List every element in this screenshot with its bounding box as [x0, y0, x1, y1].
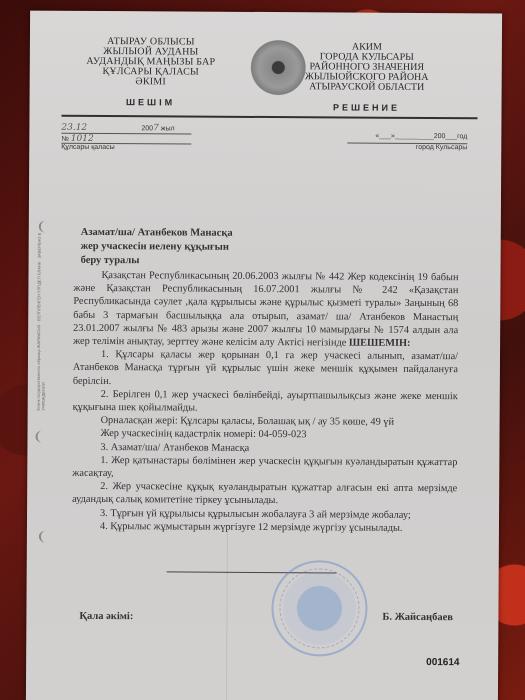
- year-prefix: 200: [141, 125, 153, 132]
- paper-crease: [226, 532, 228, 700]
- header-kazakh: АТЫРАУ ОБЛЫСЫ ЖЫЛЫОЙ АУДАНЫ АУДАНДЫҚ МАҢ…: [76, 37, 226, 108]
- number-label: №: [61, 136, 69, 143]
- subject-line: беру туралы: [81, 254, 281, 269]
- subject-line: жер учаскесін иелену құқығын: [81, 240, 281, 255]
- header-divider: [61, 115, 477, 120]
- clause-2: 2. Берілген 0,1 жер учаскесі бөлінбейді,…: [73, 388, 458, 417]
- city-russian: город Кульсары: [347, 144, 467, 152]
- margin-note: Бланк государственного образца ЖАРАМСЫЗ …: [36, 211, 47, 411]
- official-seal-icon: [271, 560, 368, 657]
- sub-clause-2: 2. Жер учаскесіне құқық куәландыратын құ…: [72, 480, 457, 509]
- date-template: «___»__________200___год: [347, 133, 467, 145]
- handwritten-year: 7: [153, 123, 159, 133]
- header-line: ӘКІМІ: [76, 77, 226, 88]
- year-suffix: жыл: [161, 125, 175, 132]
- preamble-text: Қазақстан Республикасының 20.06.2003 жыл…: [73, 270, 458, 349]
- document-page: АТЫРАУ ОБЛЫСЫ ЖЫЛЫОЙ АУДАНЫ АУДАНДЫҚ МАҢ…: [26, 11, 502, 700]
- date-block-kazakh: 23.12 2007 жыл № 1012 Құлсары қаласы: [61, 123, 191, 152]
- sub-clause-1: 1. Жер қатынастары бөлімінен жер учаскес…: [72, 454, 457, 483]
- document-subject: Азамат/ша/ Атанбеков Манасқа жер учаскес…: [81, 226, 281, 269]
- punch-hole: [35, 431, 49, 443]
- date-line: 23.12 2007 жыл: [61, 123, 191, 135]
- decision-keyword: ШЕШЕМІН:: [349, 338, 411, 349]
- preamble-paragraph: Қазақстан Республикасының 20.06.2003 жыл…: [73, 269, 458, 351]
- handwritten-number: 1012: [71, 134, 94, 144]
- header-line: АТЫРАУСКОЙ ОБЛАСТИ: [292, 82, 442, 93]
- serial-number: 001614: [426, 657, 459, 668]
- sub-clause-4: 4. Құрылыс жұмыстарын жүргізуге 12 мерзі…: [72, 520, 457, 536]
- date-block-russian: «___»__________200___год город Кульсары: [347, 133, 467, 152]
- decision-title-russian: РЕШЕНИЕ: [292, 102, 442, 113]
- signatory-title: Қала әкімі:: [79, 611, 133, 622]
- clause-1: 1. Құлсары қаласы жер қорынан 0,1 га жер…: [73, 348, 458, 390]
- city-kazakh: Құлсары қаласы: [61, 144, 191, 152]
- punch-hole: [39, 531, 53, 543]
- header-russian: АКИМ ГОРОДА КУЛЬСАРЫ РАЙОННОГО ЗНАЧЕНИЯ …: [292, 42, 442, 113]
- decision-title-kazakh: ШЕШІМ: [76, 97, 226, 108]
- signatory-name: Б. Жайсаңбаев: [382, 612, 453, 623]
- document-body: Қазақстан Республикасының 20.06.2003 жыл…: [72, 269, 459, 535]
- subject-line: Азамат/ша/ Атанбеков Манасқа: [81, 226, 281, 241]
- handwritten-date: 23.12: [61, 123, 87, 133]
